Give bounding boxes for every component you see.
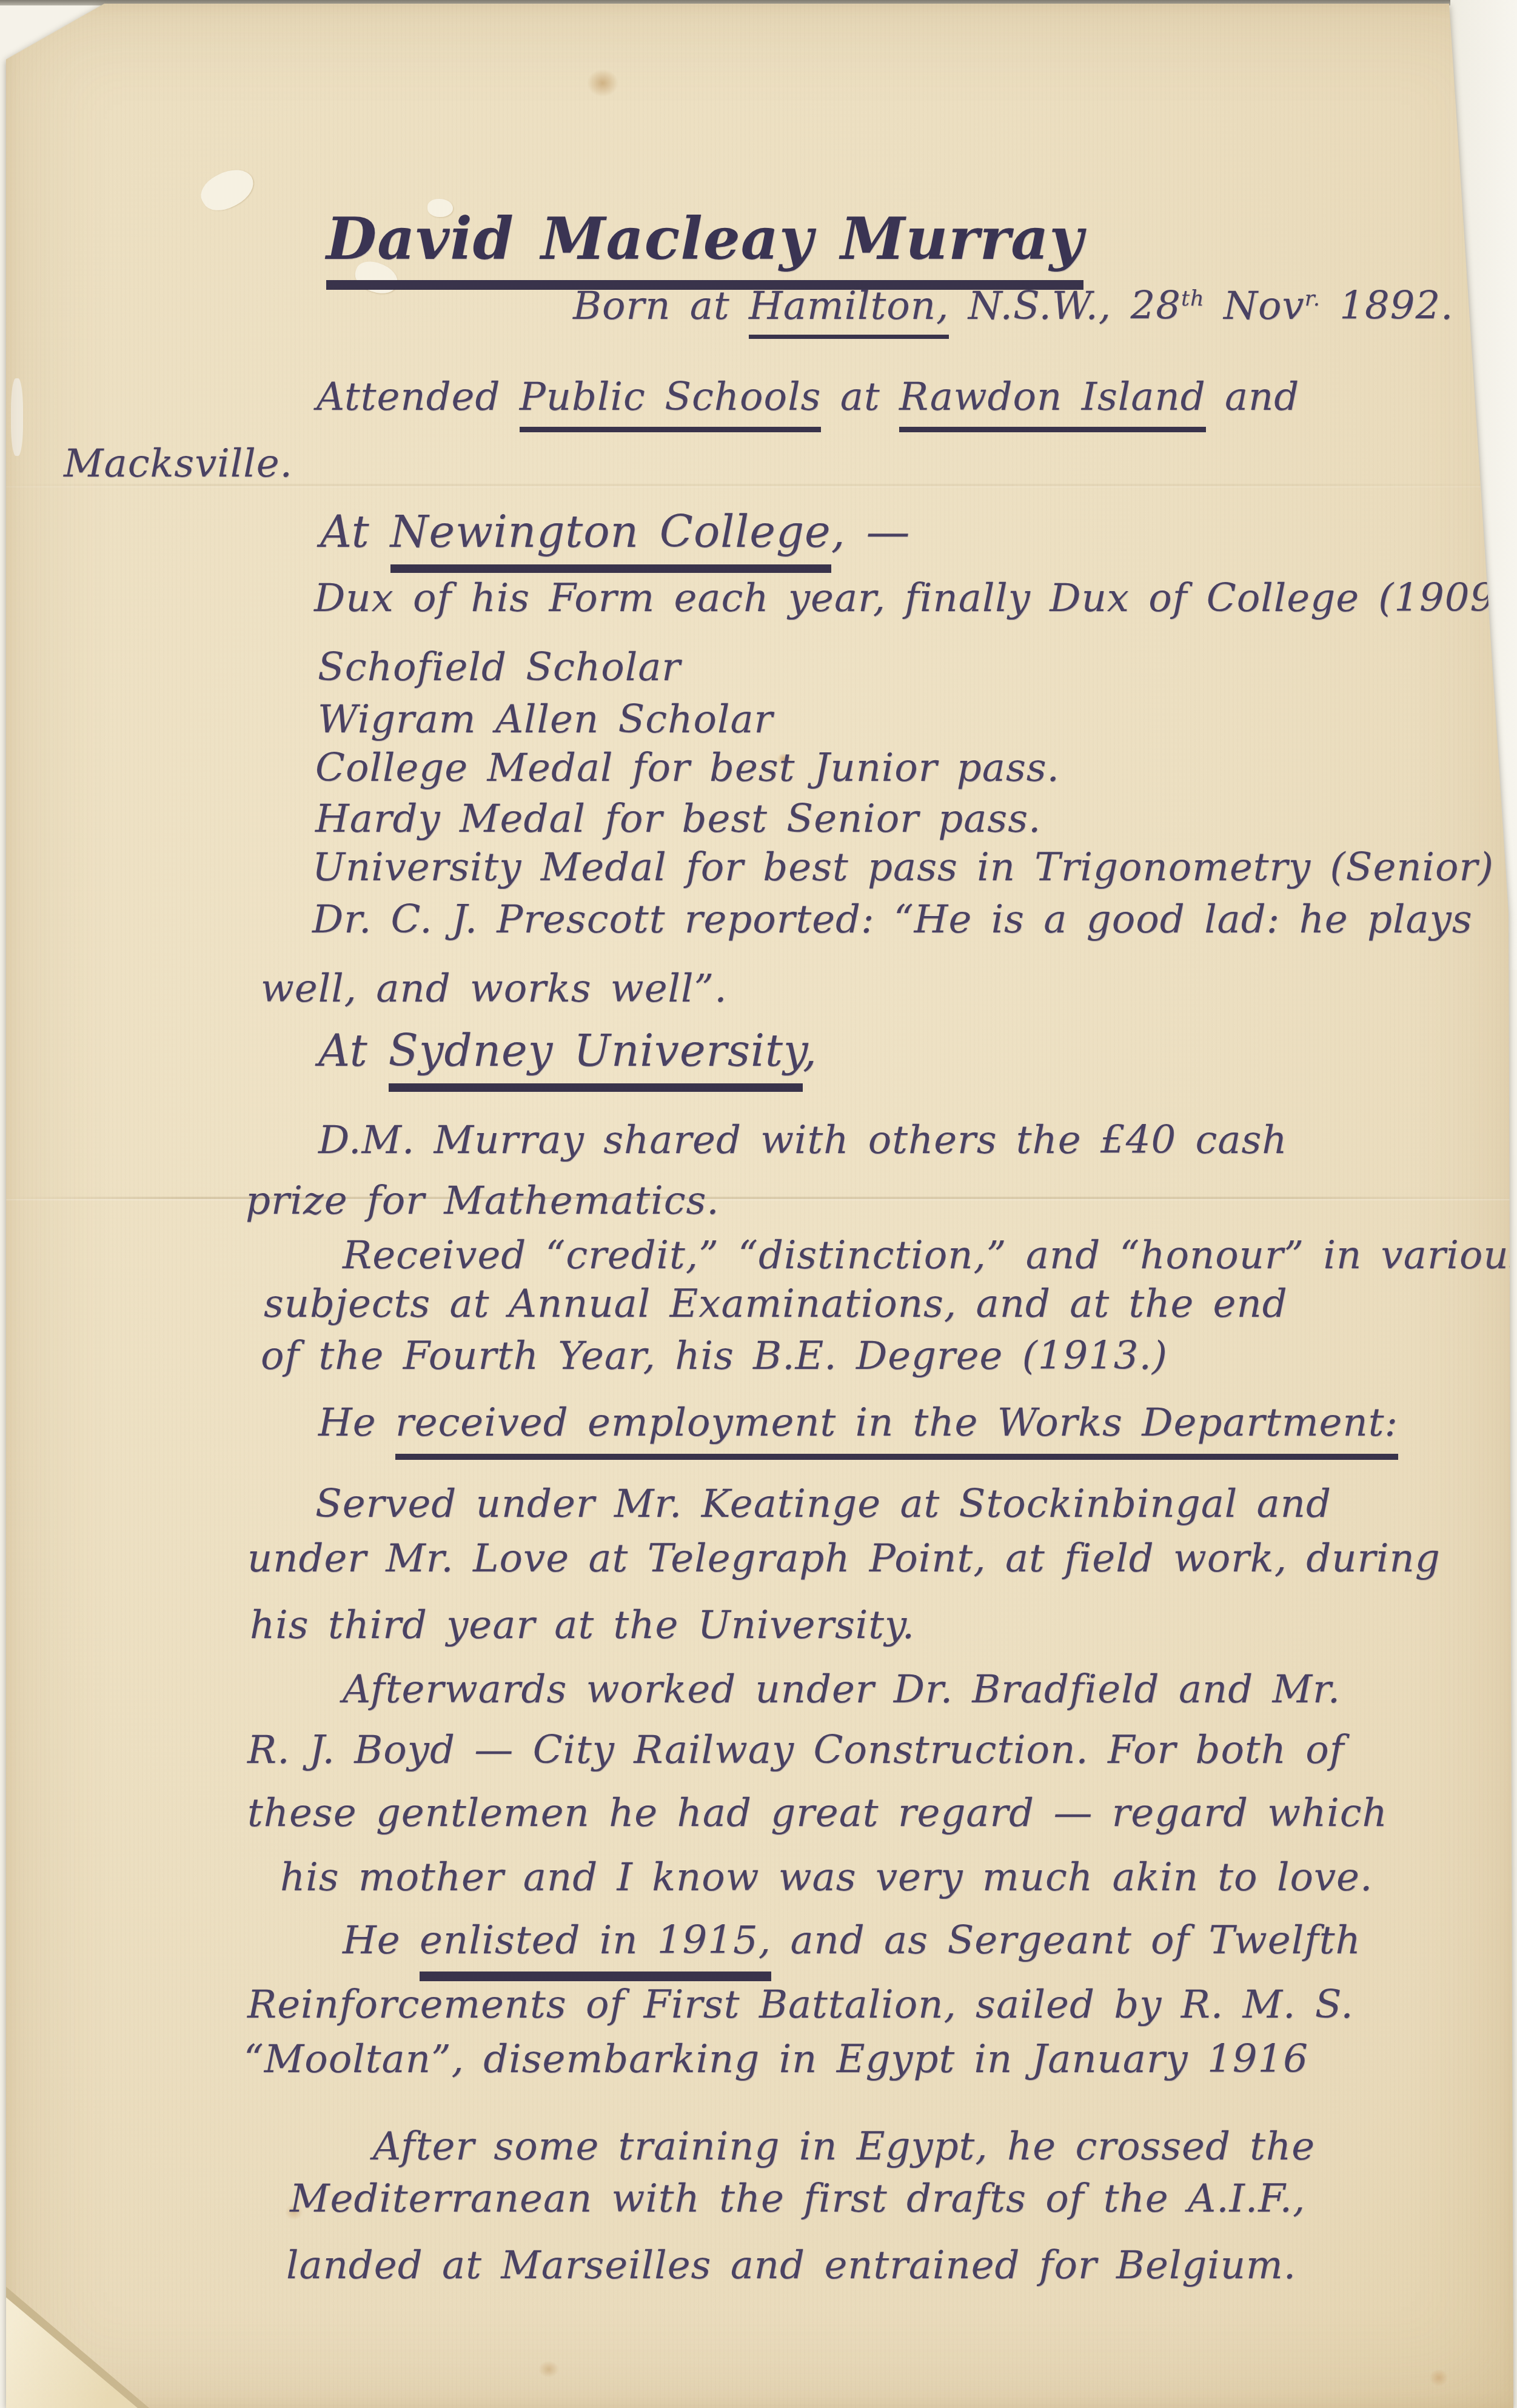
text-segment: Afterwards worked under Dr. Bradfield an… bbox=[343, 1667, 1341, 1712]
text-segment: Dr. C. J. Prescott reported: “He is a go… bbox=[312, 897, 1473, 942]
underlined-text: received employment in the Works Departm… bbox=[395, 1400, 1398, 1460]
underlined-text: Newington College bbox=[390, 506, 831, 573]
text-segment: 1892. bbox=[1321, 284, 1454, 329]
text-segment: Nov bbox=[1205, 284, 1305, 329]
stain bbox=[538, 2361, 559, 2378]
text-segment: , bbox=[803, 1025, 817, 1076]
text-segment: his mother and I know was very much akin… bbox=[280, 1855, 1373, 1900]
handwritten-line: of the Fourth Year, his B.E. Degree (191… bbox=[261, 1336, 1168, 1377]
handwritten-line: Received “credit,” “distinction,” and “h… bbox=[343, 1236, 1517, 1276]
handwritten-line: R. J. Boyd — City Railway Construction. … bbox=[247, 1730, 1344, 1771]
handwritten-line: subjects at Annual Examinations, and at … bbox=[264, 1284, 1288, 1325]
underlined-text: Rawdon Island bbox=[899, 375, 1206, 432]
handwritten-line: his third year at the University. bbox=[250, 1605, 915, 1646]
underlined-text: Public Schools bbox=[520, 375, 822, 432]
text-segment: At bbox=[320, 506, 390, 557]
handwritten-line: Wigram Allen Scholar bbox=[318, 700, 773, 740]
handwritten-line: these gentlemen he had great regard — re… bbox=[247, 1793, 1388, 1834]
text-segment: Macksville. bbox=[64, 441, 293, 486]
text-segment: Wigram Allen Scholar bbox=[318, 697, 773, 742]
handwritten-line: Afterwards worked under Dr. Bradfield an… bbox=[343, 1670, 1341, 1710]
handwritten-line: his mother and I know was very much akin… bbox=[280, 1858, 1373, 1898]
handwritten-line: At Sydney University, bbox=[318, 1028, 817, 1074]
handwritten-line: Dux of his Form each year, finally Dux o… bbox=[314, 578, 1511, 619]
stain bbox=[1430, 2369, 1448, 2386]
text-segment: under Mr. Love at Telegraph Point, at fi… bbox=[247, 1536, 1441, 1581]
text-segment: Hardy Medal for best Senior pass. bbox=[315, 797, 1041, 841]
text-segment: subjects at Annual Examinations, and at … bbox=[264, 1282, 1288, 1326]
manuscript-page: David Macleay MurrayBorn at Hamilton, N.… bbox=[6, 4, 1517, 2408]
handwritten-line: Schofield Scholar bbox=[318, 647, 681, 688]
handwritten-line: Reinforcements of First Battalion, saile… bbox=[247, 1985, 1354, 2025]
handwritten-line: Attended Public Schools at Rawdon Island… bbox=[316, 377, 1299, 418]
handwritten-line: D.M. Murray shared with others the £40 c… bbox=[318, 1120, 1288, 1161]
text-segment: College Medal for best Junior pass. bbox=[315, 746, 1060, 791]
text-segment: well, and works well”. bbox=[261, 966, 728, 1011]
text-segment: Served under Mr. Keatinge at Stockinbing… bbox=[315, 1482, 1331, 1527]
text-segment: Received “credit,” “distinction,” and “h… bbox=[343, 1233, 1517, 1278]
text-segment: D.M. Murray shared with others the £40 c… bbox=[318, 1118, 1288, 1163]
handwritten-line: At Newington College, — bbox=[320, 509, 910, 555]
text-segment: “Mooltan”, disembarking in Egypt in Janu… bbox=[244, 2037, 1308, 2082]
text-segment: He bbox=[343, 1918, 420, 1963]
handwritten-line: “Mooltan”, disembarking in Egypt in Janu… bbox=[244, 2039, 1308, 2080]
text-segment: Schofield Scholar bbox=[318, 645, 681, 690]
manuscript-scan: David Macleay MurrayBorn at Hamilton, N.… bbox=[0, 0, 1517, 2408]
handwritten-line: landed at Marseilles and entrained for B… bbox=[286, 2246, 1296, 2286]
text-segment: N.S.W., 28 bbox=[949, 284, 1181, 329]
handwritten-line: Hardy Medal for best Senior pass. bbox=[315, 799, 1041, 840]
handwritten-line: University Medal for best pass in Trigon… bbox=[312, 848, 1494, 888]
handwritten-line: He enlisted in 1915, and as Sergeant of … bbox=[343, 1921, 1361, 1961]
underlined-text: enlisted in 1915, bbox=[420, 1918, 771, 1981]
handwritten-line: He received employment in the Works Depa… bbox=[318, 1403, 1398, 1443]
handwritten-line: Dr. C. J. Prescott reported: “He is a go… bbox=[312, 900, 1473, 940]
handwritten-line: After some training in Egypt, he crossed… bbox=[373, 2127, 1315, 2167]
text-segment: and bbox=[1206, 375, 1300, 420]
text-segment: landed at Marseilles and entrained for B… bbox=[286, 2243, 1296, 2288]
text-segment: R. J. Boyd — City Railway Construction. … bbox=[247, 1728, 1344, 1773]
text-segment: University Medal for best pass in Trigon… bbox=[312, 845, 1494, 890]
handwritten-line: under Mr. Love at Telegraph Point, at fi… bbox=[247, 1539, 1441, 1579]
text-segment: After some training in Egypt, he crossed… bbox=[373, 2124, 1315, 2169]
fold-crease bbox=[6, 1197, 1517, 1199]
text-segment: of the Fourth Year, his B.E. Degree (191… bbox=[261, 1334, 1168, 1379]
stain bbox=[587, 69, 618, 97]
paper-edge-tear bbox=[11, 378, 23, 456]
text-segment: Attended bbox=[316, 375, 520, 420]
text-segment: his third year at the University. bbox=[250, 1603, 915, 1648]
text-segment: Dux of his Form each year, finally Dux o… bbox=[314, 576, 1511, 621]
text-segment: prize for Mathematics. bbox=[246, 1179, 720, 1223]
underlined-text: Sydney University bbox=[389, 1025, 803, 1092]
text-segment: Reinforcements of First Battalion, saile… bbox=[247, 1982, 1354, 2027]
document-title: David Macleay Murray bbox=[326, 209, 1083, 270]
handwritten-line: College Medal for best Junior pass. bbox=[315, 748, 1060, 789]
handwritten-line: Born at Hamilton, N.S.W., 28th Novr. 189… bbox=[573, 286, 1453, 327]
text-segment: Mediterranean with the first drafts of t… bbox=[290, 2176, 1305, 2221]
underlined-text: Hamilton, bbox=[749, 284, 949, 339]
underlined-text: David Macleay Murray bbox=[326, 204, 1083, 290]
text-segment: , — bbox=[831, 506, 911, 557]
text-segment: and as Sergeant of Twelfth bbox=[771, 1918, 1361, 1963]
handwritten-line: prize for Mathematics. bbox=[246, 1181, 720, 1222]
text-segment: He bbox=[318, 1400, 395, 1445]
text-segment: at bbox=[821, 375, 899, 420]
paper-tear-mark bbox=[195, 161, 260, 218]
text-segment: At bbox=[318, 1025, 389, 1076]
handwritten-line: Mediterranean with the first drafts of t… bbox=[290, 2179, 1305, 2219]
text-segment: r. bbox=[1305, 286, 1321, 311]
handwritten-line: Served under Mr. Keatinge at Stockinbing… bbox=[315, 1484, 1331, 1525]
text-segment: these gentlemen he had great regard — re… bbox=[247, 1791, 1388, 1836]
text-segment: th bbox=[1181, 286, 1205, 311]
text-segment: Born at bbox=[573, 284, 749, 329]
handwritten-line: well, and works well”. bbox=[261, 969, 728, 1009]
handwritten-line: Macksville. bbox=[64, 444, 293, 484]
